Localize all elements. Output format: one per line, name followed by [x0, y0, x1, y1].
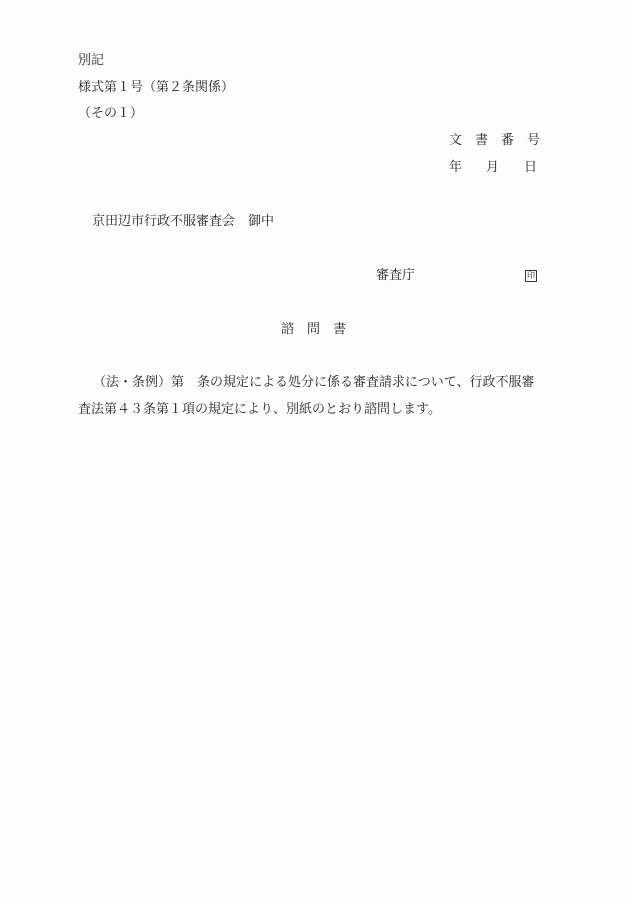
- form-label: 様式第１号（第２条関係）: [78, 80, 234, 96]
- body-line-2: 査法第４３条第１項の規定により、別紙のとおり諮問します。: [78, 402, 441, 418]
- annex-label: 別記: [78, 53, 104, 69]
- addressee: 京田辺市行政不服審査会 御中: [92, 214, 274, 230]
- document-title: 諮 問 書: [281, 322, 346, 338]
- date-year: 年: [449, 160, 462, 176]
- date-month: 月: [486, 160, 499, 176]
- body-line-1: （法・条例）第 条の規定による処分に係る審査請求について、行政不服審: [93, 375, 534, 391]
- sender-label: 審査庁: [376, 268, 415, 284]
- seal-icon: 印: [525, 270, 537, 282]
- date-day: 日: [524, 160, 537, 176]
- document-number: 文 書 番 号: [449, 133, 540, 149]
- form-sub-label: （その１）: [78, 106, 143, 122]
